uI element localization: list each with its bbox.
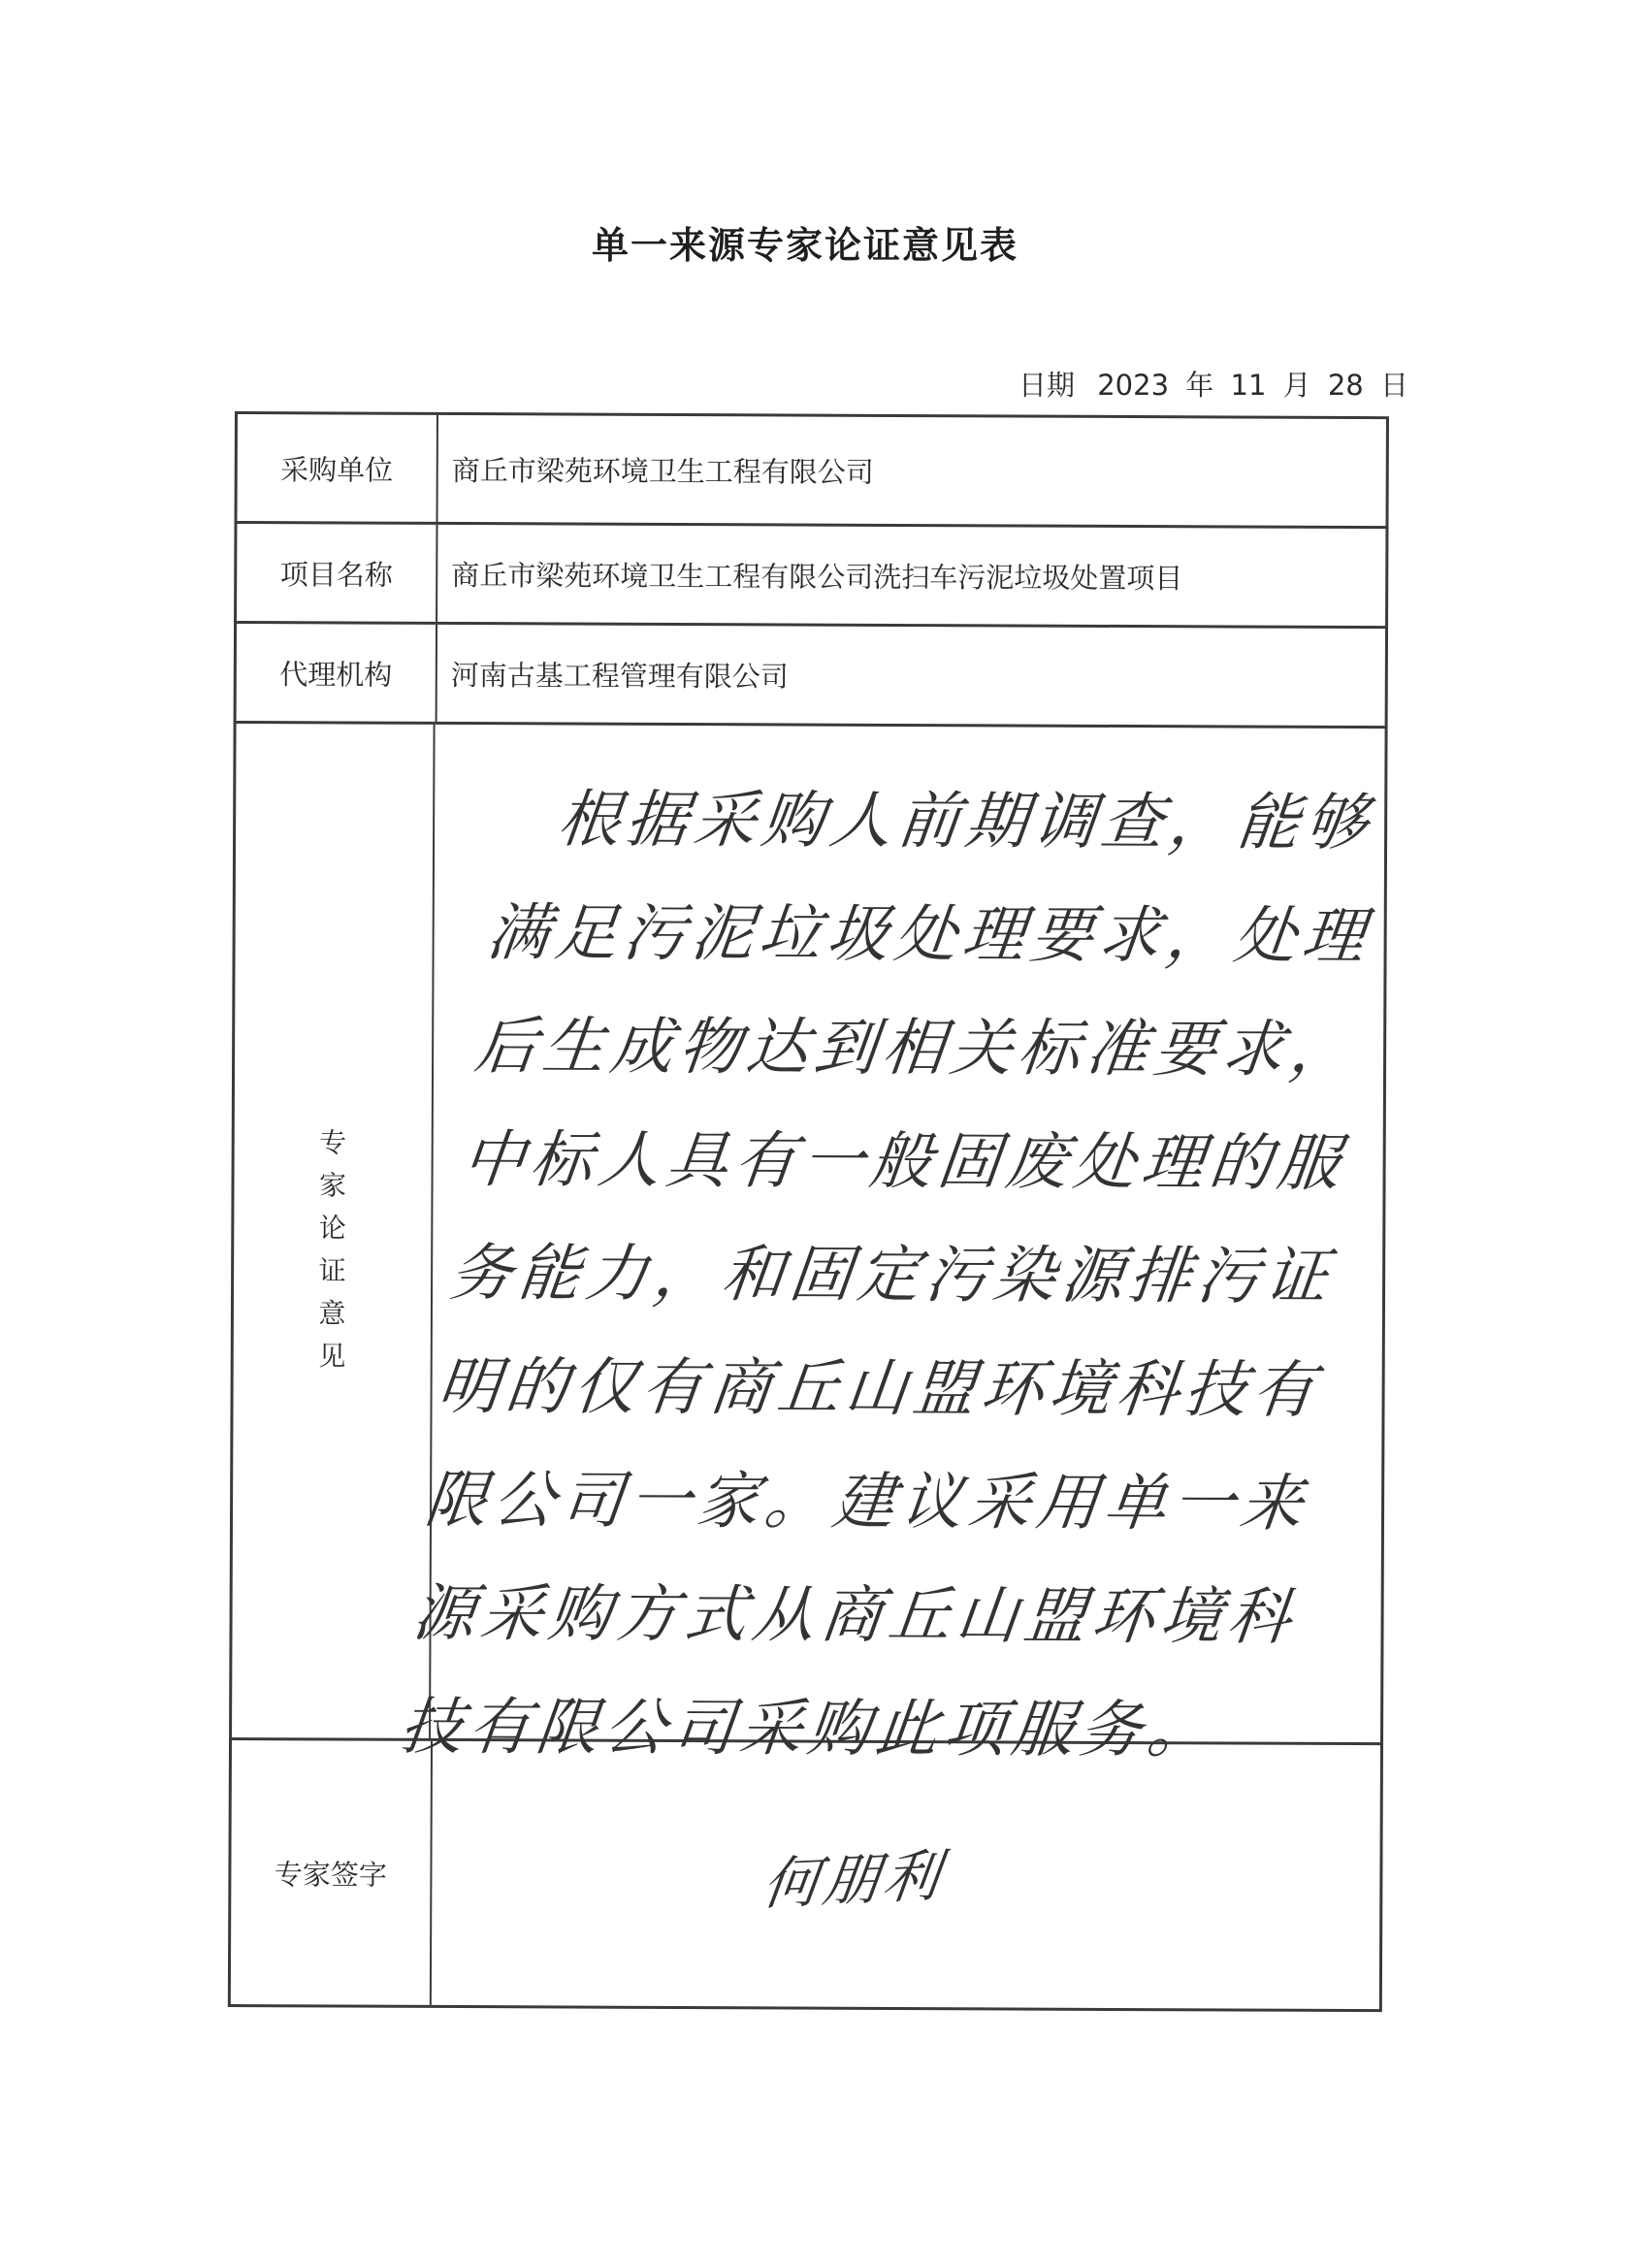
date-label: 日期 [1018, 369, 1075, 402]
document-title: 单一来源专家论证意见表 [0, 215, 1610, 269]
opinion-label-char: 家 [319, 1164, 346, 1207]
opinion-label-char: 证 [319, 1249, 346, 1292]
date-year-unit: 年 [1185, 369, 1213, 402]
table-row-project-name: 项目名称 商丘市梁苑环境卫生工程有限公司洗扫车污泥垃圾处置项目 [237, 521, 1385, 626]
date-month-unit: 月 [1283, 369, 1311, 402]
project-name-value: 商丘市梁苑环境卫生工程有限公司洗扫车污泥垃圾处置项目 [437, 525, 1385, 626]
agency-value: 河南古基工程管理有限公司 [437, 625, 1385, 726]
opinion-label-char: 见 [318, 1335, 345, 1377]
handwritten-opinion: 根据采购人前期调查，能够满足污泥垃圾处理要求，处理后生成物达到相关标准要求，中标… [394, 763, 1418, 1789]
opinion-label-char: 论 [319, 1207, 346, 1249]
table-row-expert-opinion: 专 家 论 证 意 见 根据采购人前期调查，能够满足污泥垃圾处理要求，处理后生成… [232, 721, 1385, 1742]
expert-opinion-table: 采购单位 商丘市梁苑环境卫生工程有限公司 项目名称 商丘市梁苑环境卫生工程有限公… [228, 411, 1389, 2012]
purchaser-label: 采购单位 [238, 414, 438, 522]
opinion-label-char: 意 [318, 1292, 345, 1335]
purchaser-value: 商丘市梁苑环境卫生工程有限公司 [438, 415, 1386, 526]
table-row-purchaser: 采购单位 商丘市梁苑环境卫生工程有限公司 [238, 414, 1386, 526]
expert-opinion-label: 专 家 论 证 意 见 [232, 724, 436, 1738]
date-month: 11 [1231, 369, 1267, 402]
date-day: 28 [1328, 369, 1364, 402]
table-row-agency: 代理机构 河南古基工程管理有限公司 [237, 621, 1385, 726]
handwritten-signature: 何朋利 [760, 1830, 951, 1921]
date-day-unit: 日 [1380, 369, 1408, 402]
opinion-label-char: 专 [319, 1121, 346, 1164]
date-line: 日期 2023 年 11 月 28 日 [1018, 364, 1368, 404]
expert-opinion-content: 根据采购人前期调查，能够满足污泥垃圾处理要求，处理后生成物达到相关标准要求，中标… [431, 725, 1385, 1742]
date-year: 2023 [1097, 369, 1169, 402]
agency-label: 代理机构 [237, 624, 437, 722]
project-name-label: 项目名称 [237, 524, 437, 622]
